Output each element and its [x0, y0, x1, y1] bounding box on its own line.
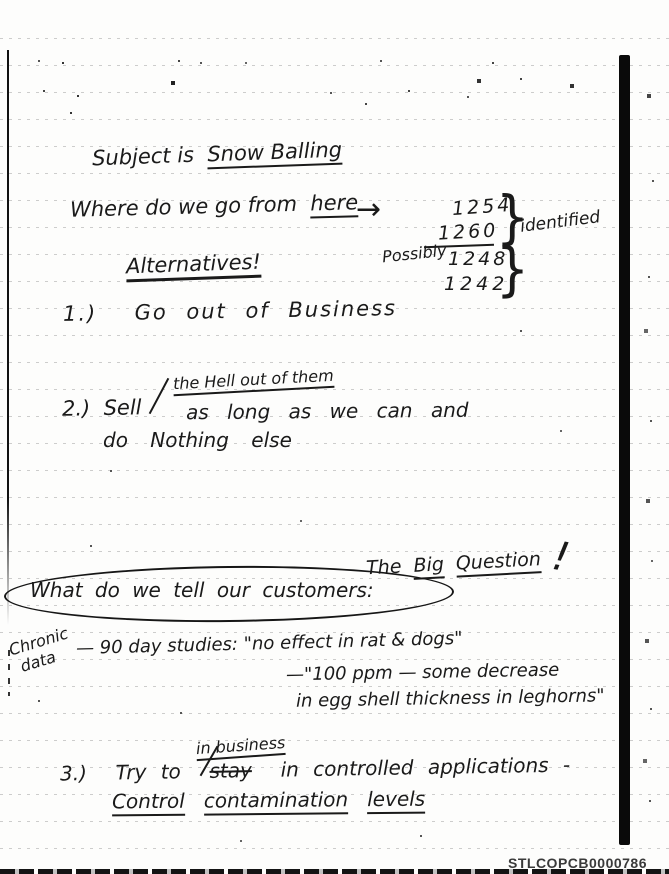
- where-underlined: here: [310, 190, 358, 218]
- bates-stamp: STLCOPCB0000786: [508, 855, 647, 871]
- scanned-note-page: Subject is Snow Balling Where do we go f…: [0, 0, 669, 874]
- big-question-question: Question: [455, 548, 541, 577]
- arrow-right-icon: →: [356, 192, 381, 227]
- item1-text: Go out of Business: [134, 296, 397, 325]
- item2-verb: Sell: [103, 395, 141, 420]
- left-margin-dashes: [8, 650, 10, 696]
- item3-line2: Control contamination levels: [112, 787, 425, 814]
- alternatives-heading: Alternatives!: [126, 250, 262, 283]
- item3-number: 3.): [60, 761, 87, 785]
- item2-text2: do Nothing else: [103, 428, 292, 452]
- subject-prefix: Subject is: [92, 143, 195, 171]
- item1-number: 1.): [63, 301, 98, 326]
- number-1260: 1260: [437, 219, 498, 244]
- scan-noise: [0, 0, 2, 2]
- item2-text: as long as we can and: [186, 398, 469, 424]
- scan-edge-bar: [619, 55, 630, 845]
- left-margin-line: [7, 50, 9, 625]
- subject-topic-underlined: Snow Balling: [207, 138, 343, 170]
- item3-text: in controlled applications -: [280, 753, 570, 782]
- big-question-exclamation: !: [553, 556, 569, 559]
- item3-word-levels: levels: [367, 787, 425, 815]
- item3-struck-word: stay: [209, 758, 252, 783]
- item2-number: 2.): [62, 396, 91, 420]
- brace-possibly: }: [496, 240, 529, 298]
- circled-question: What do we tell our customers:: [30, 578, 374, 602]
- item2-line: 2.) Sell: [62, 395, 142, 420]
- item3-word-control: Control: [112, 789, 185, 817]
- item3-lead: Try to: [115, 759, 181, 784]
- item3-word-contamination: contamination: [204, 787, 349, 815]
